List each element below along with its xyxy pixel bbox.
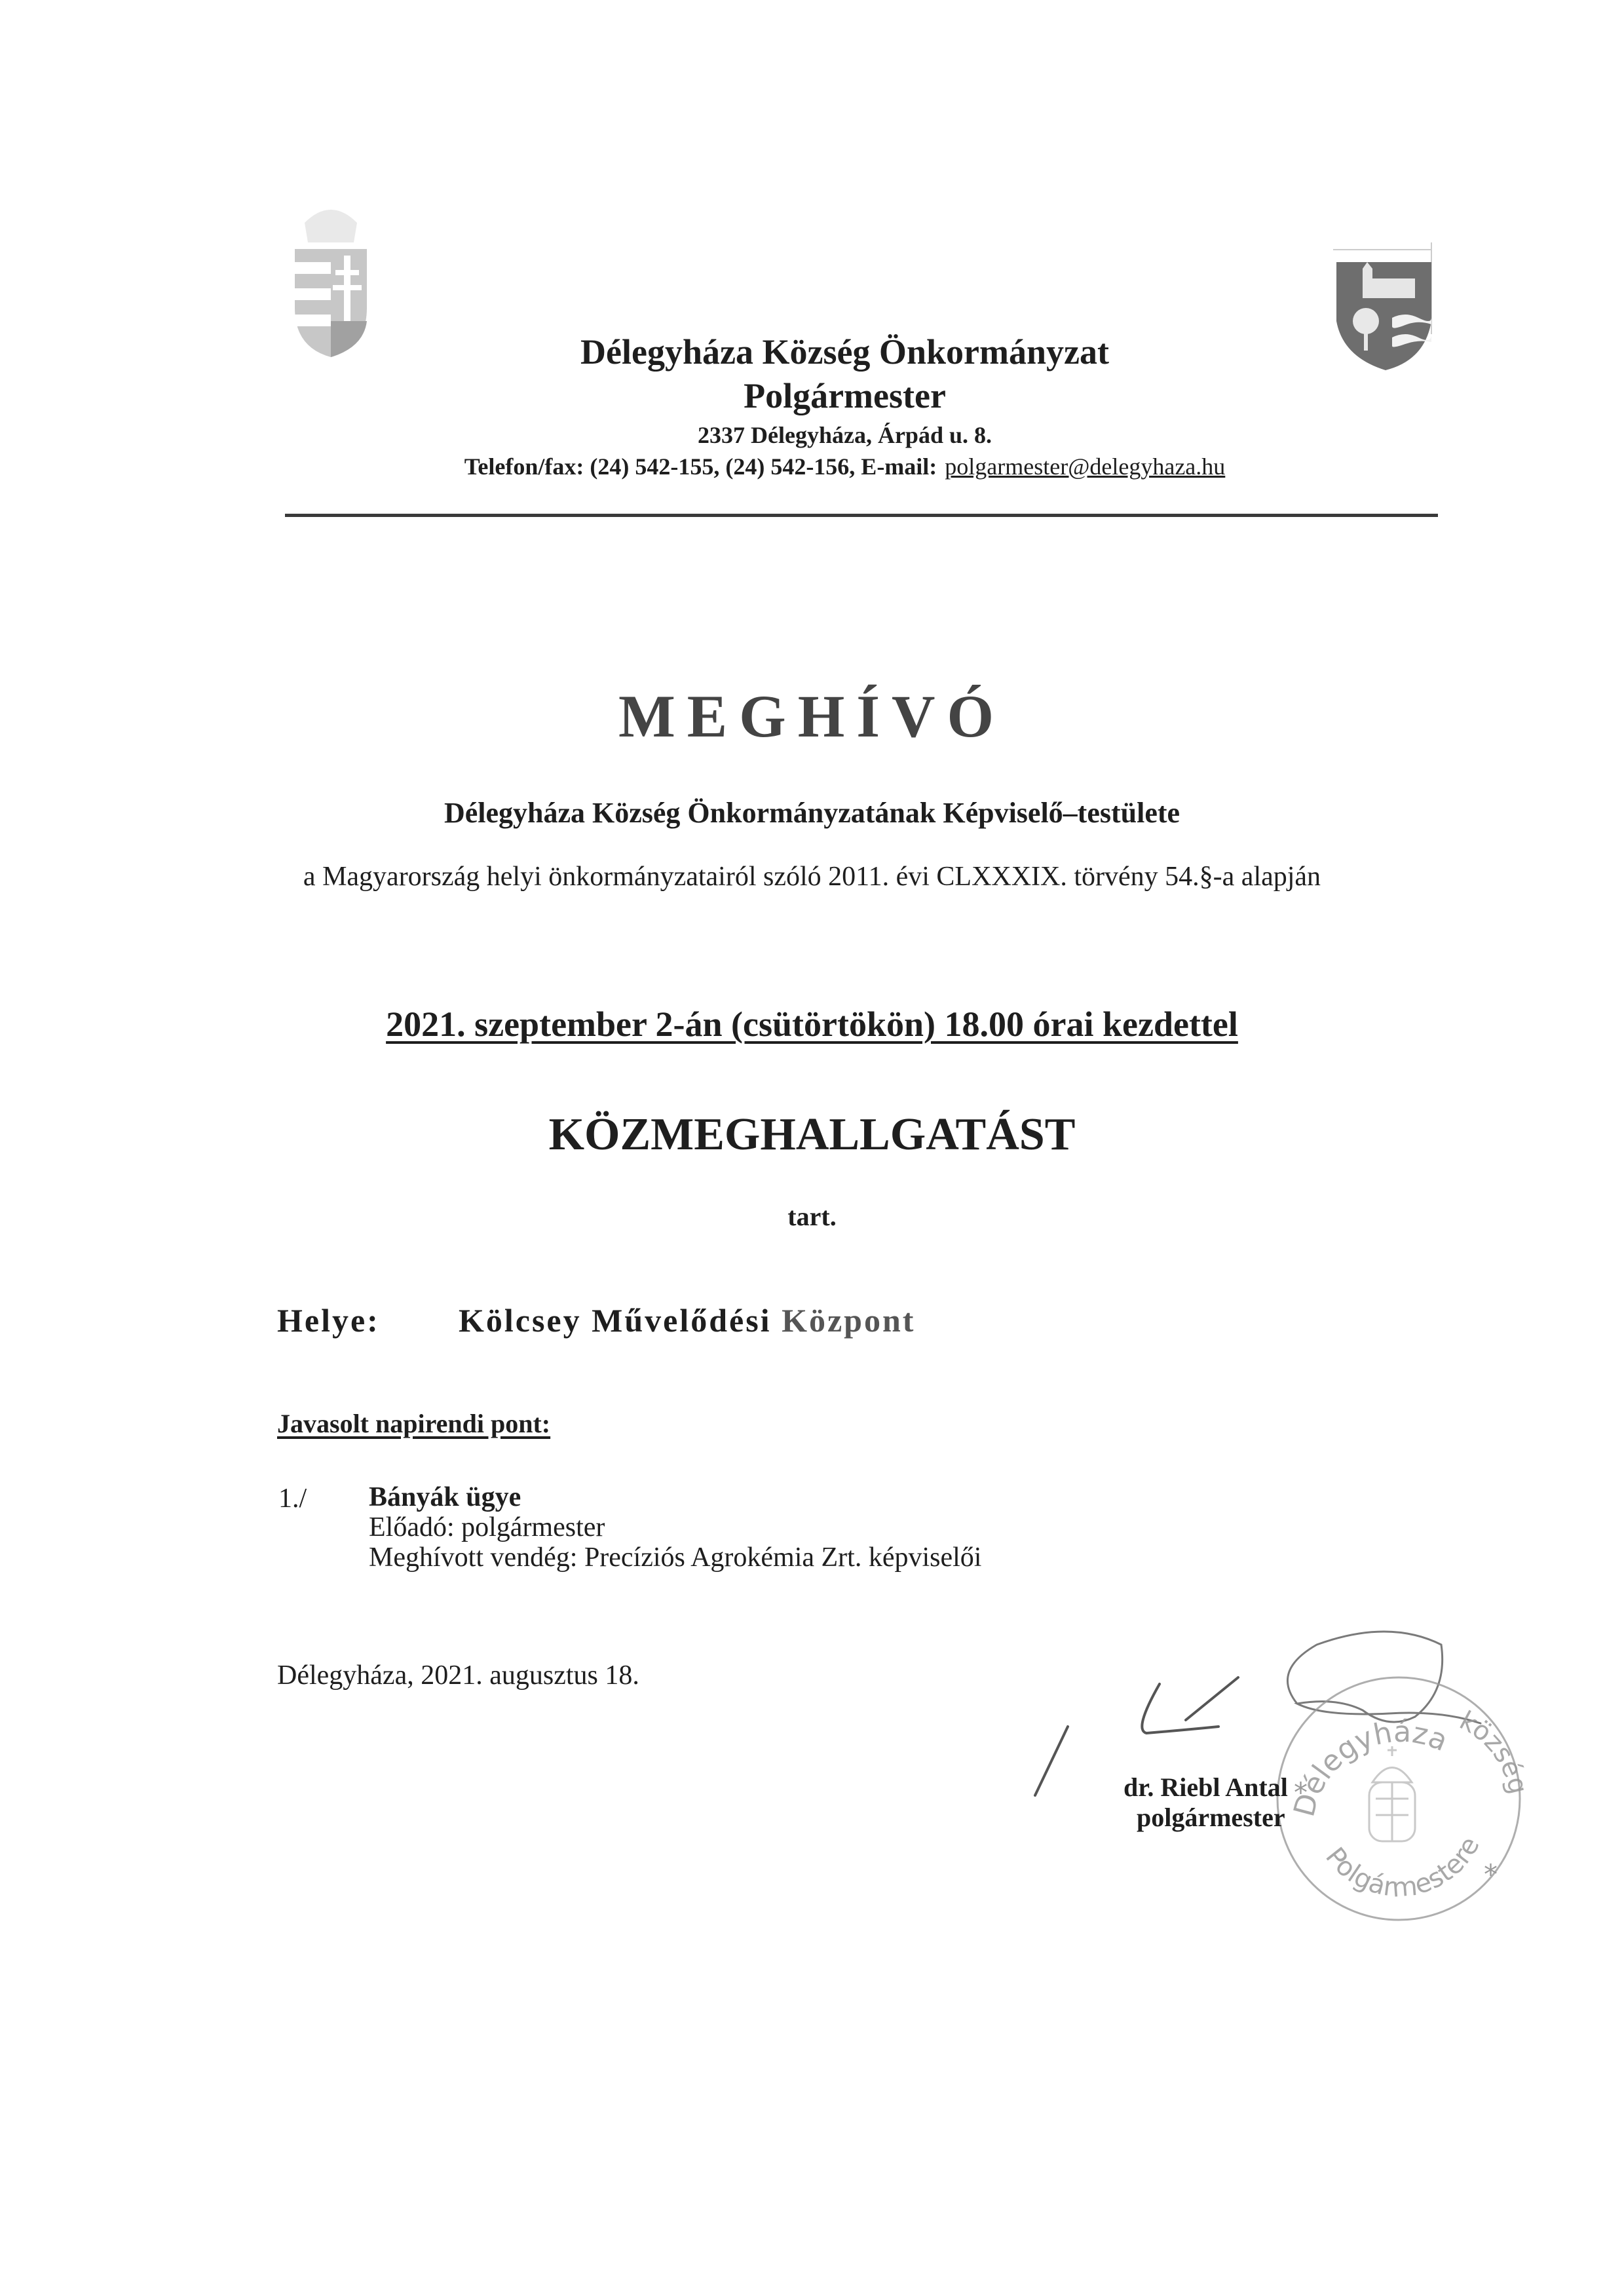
letterhead-organization: Délegyháza Község Önkormányzat <box>0 331 1624 373</box>
agenda-heading: Javasolt napirendi pont: <box>277 1407 550 1440</box>
contact-phone-fax: Telefon/fax: (24) 542-155, (24) 542-156,… <box>464 453 937 480</box>
stamp-bottom-text: Polgármestere <box>1319 1832 1486 1904</box>
letterhead-divider <box>285 514 1438 517</box>
location-value-tail: Központ <box>782 1302 915 1339</box>
legal-basis: a Magyarország helyi önkormányzatairól s… <box>0 860 1624 894</box>
letterhead-address: 2337 Délegyháza, Árpád u. 8. <box>0 421 1624 450</box>
event-date-time: 2021. szeptember 2-án (csütörtökön) 18.0… <box>0 1003 1624 1046</box>
svg-text:*: * <box>1294 1776 1308 1808</box>
signatory-title: polgármester <box>1137 1803 1285 1833</box>
email-link[interactable]: polgarmester@delegyhaza.hu <box>945 453 1225 480</box>
svg-text:*: * <box>1484 1858 1498 1890</box>
svg-text:Polgármestere: Polgármestere <box>1319 1832 1486 1904</box>
issuer: Délegyháza Község Önkormányzatának Képvi… <box>0 795 1624 832</box>
agenda-item-presenter: Előadó: polgármester <box>369 1512 981 1542</box>
holy-crown-icon <box>1369 1746 1415 1841</box>
agenda-item-title: Bányák ügye <box>369 1482 981 1512</box>
location-value: Kölcsey Művelődési Központ <box>459 1301 915 1340</box>
agenda-item: Bányák ügye Előadó: polgármester Meghívo… <box>369 1482 981 1573</box>
event-suffix: tart. <box>0 1200 1624 1233</box>
event-name: KÖZMEGHALLGATÁST <box>0 1107 1624 1162</box>
agenda-item-number: 1./ <box>278 1482 307 1515</box>
place-and-date: Délegyháza, 2021. augusztus 18. <box>277 1659 639 1692</box>
agenda-item-guest: Meghívott vendég: Precíziós Agrokémia Zr… <box>369 1542 981 1573</box>
location-label: Helye: <box>277 1301 380 1340</box>
location-value-main: Kölcsey Művelődési <box>459 1302 772 1339</box>
signatory-name: dr. Riebl Antal <box>1124 1772 1288 1803</box>
letterhead-office: Polgármester <box>0 375 1624 417</box>
svg-text:község: község <box>1454 1706 1530 1797</box>
letterhead-contact: Telefon/fax: (24) 542-155, (24) 542-156,… <box>0 452 1624 481</box>
stamp-right-text: község <box>1454 1706 1530 1797</box>
event-date-time-text: 2021. szeptember 2-án (csütörtökön) 18.0… <box>386 1004 1238 1044</box>
official-stamp: Délegyháza község Polgármestere * * <box>1268 1668 1530 1930</box>
document-title: MEGHÍVÓ <box>0 680 1624 752</box>
